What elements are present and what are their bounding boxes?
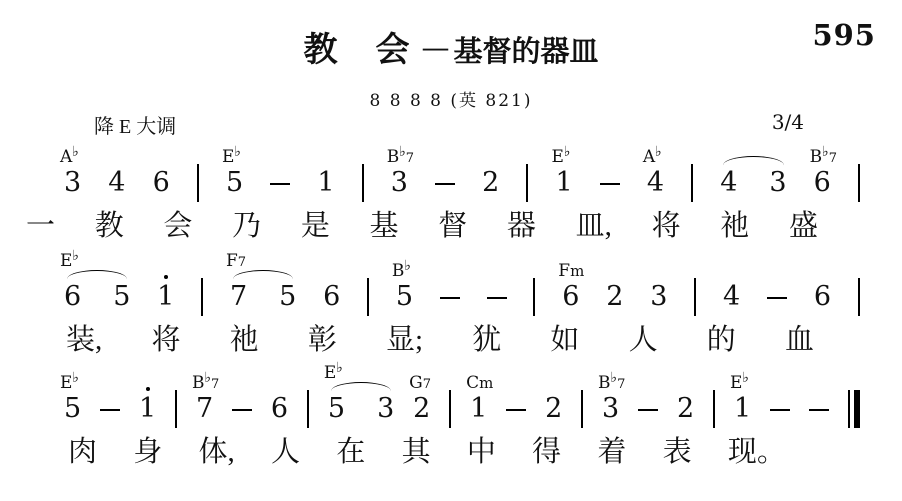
duration-dash xyxy=(506,409,526,412)
hymn-title: 教 会 xyxy=(303,30,411,70)
title-row: 教 会—基督的器皿 xyxy=(0,22,902,71)
chord-suffix: m xyxy=(479,374,493,392)
barline xyxy=(713,390,715,428)
chord-label: A♭ xyxy=(60,145,79,166)
lyric-syllable: 显; xyxy=(386,324,423,357)
flat-icon: ♭ xyxy=(655,144,662,160)
lyric-syllable: 人 xyxy=(271,436,300,469)
music-system-3: E♭51B♭776E♭53G72Cm12B♭732E♭1肉身体,人在其中得着表现… xyxy=(0,362,902,469)
hymn-sheet-page: 595 教 会—基督的器皿 8 8 8 8 (英 821) 降 E 大调 3/4… xyxy=(0,0,902,501)
note: E♭1 xyxy=(734,395,751,422)
duration-dash xyxy=(440,297,460,300)
lyric-syllable: 祂 xyxy=(720,210,749,243)
time-signature: 3/4 xyxy=(772,110,804,134)
lyric-syllable: 会 xyxy=(163,210,192,243)
note: 2 xyxy=(606,283,623,310)
note: G72 xyxy=(413,395,430,422)
lyric-syllable: 将 xyxy=(652,210,681,243)
lyric-syllable: 教 xyxy=(95,210,124,243)
chord-suffix: 7 xyxy=(211,377,219,392)
lyric-syllable: 祂 xyxy=(230,324,259,357)
lyric-syllable: 乃 xyxy=(232,210,261,243)
lyric-syllable: 身 xyxy=(133,436,162,469)
chord-suffix: 7 xyxy=(238,255,246,270)
flat-icon: ♭ xyxy=(72,144,79,160)
meter-line: 8 8 8 8 (英 821) xyxy=(0,86,902,111)
duration-dash xyxy=(232,409,252,412)
note: 5 xyxy=(279,283,296,310)
slur-arc xyxy=(233,270,293,281)
chord-suffix: 7 xyxy=(617,377,625,392)
duration-dash xyxy=(435,183,455,186)
title-dash: — xyxy=(421,31,449,64)
lyric-syllable: 人 xyxy=(629,324,658,357)
barline xyxy=(858,278,860,316)
lyric-syllable: 其 xyxy=(402,436,431,469)
note: 4 xyxy=(108,169,125,196)
note: Fm6 xyxy=(562,283,579,310)
chord-suffix: 7 xyxy=(406,151,414,166)
duration-dash xyxy=(100,409,120,412)
barline xyxy=(307,390,309,428)
chord-label: E♭ xyxy=(551,145,570,166)
lyric-syllable: 器 xyxy=(507,210,536,243)
chord-label: B♭ xyxy=(392,259,411,280)
chord-label: B♭7 xyxy=(192,371,219,392)
chord-label: E♭ xyxy=(60,371,79,392)
flat-icon: ♭ xyxy=(742,370,749,386)
music-line-3: E♭51B♭776E♭53G72Cm12B♭732E♭1 xyxy=(0,362,902,422)
note: 2 xyxy=(545,395,562,422)
duration-dash xyxy=(809,409,829,412)
duration-dash xyxy=(270,183,290,186)
lyric-syllable: 得 xyxy=(532,436,561,469)
note: E♭6 xyxy=(64,283,81,310)
note: 6 xyxy=(814,283,831,310)
chord-label: Fm xyxy=(558,263,584,280)
duration-dash xyxy=(638,409,658,412)
note: F77 xyxy=(230,283,247,310)
lyrics-line-2: 装,将祂彰显;犹如人的血 xyxy=(0,310,902,357)
barline xyxy=(367,278,369,316)
chord-label: B♭7 xyxy=(810,145,837,166)
flat-icon: ♭ xyxy=(336,360,343,376)
lyrics-line-1: 一教会乃是基督器皿,将祂盛 xyxy=(0,196,902,243)
duration-dash xyxy=(770,409,790,412)
flat-icon: ♭ xyxy=(564,144,571,160)
note: B♭73 xyxy=(602,395,619,422)
music-line-2: E♭651F7756B♭5Fm62346 xyxy=(0,250,902,310)
flat-icon: ♭ xyxy=(404,258,411,274)
lyric-syllable: 肉 xyxy=(68,436,97,469)
slur-group: 43 xyxy=(720,169,786,196)
lyric-syllable: 现。 xyxy=(728,436,786,469)
lyric-syllable: 体, xyxy=(199,436,235,469)
barline xyxy=(858,164,860,202)
note: A♭4 xyxy=(647,169,664,196)
duration-dash xyxy=(487,297,507,300)
lyric-syllable: 皿, xyxy=(576,210,612,243)
note: E♭5 xyxy=(226,169,243,196)
lyric-syllable: 督 xyxy=(438,210,467,243)
final-barline xyxy=(848,390,860,428)
note: A♭3 xyxy=(64,169,81,196)
barline xyxy=(201,278,203,316)
hymn-subtitle: 基督的器皿 xyxy=(453,36,598,68)
lyric-syllable: 的 xyxy=(707,324,736,357)
barline xyxy=(694,278,696,316)
chord-suffix: 7 xyxy=(423,377,431,392)
note: 1 xyxy=(139,395,156,422)
note: 3 xyxy=(769,169,786,196)
chord-label: E♭ xyxy=(222,145,241,166)
chord-label: Cm xyxy=(466,375,493,392)
chord-label: E♭ xyxy=(324,361,343,382)
lyric-syllable: 彰 xyxy=(308,324,337,357)
octave-dot xyxy=(146,387,150,391)
note: B♭76 xyxy=(814,169,831,196)
lyric-syllable: 如 xyxy=(550,324,579,357)
lyric-syllable: 基 xyxy=(370,210,399,243)
lyrics-line-3: 肉身体,人在其中得着表现。 xyxy=(0,422,902,469)
note: E♭5 xyxy=(64,395,81,422)
note: 2 xyxy=(482,169,499,196)
note: B♭5 xyxy=(396,283,413,310)
lyric-syllable: 一 xyxy=(26,210,55,243)
note: 2 xyxy=(677,395,694,422)
lyric-syllable: 中 xyxy=(467,436,496,469)
key-signature: 降 E 大调 xyxy=(94,110,176,139)
lyric-syllable: 将 xyxy=(151,324,180,357)
key-row: 降 E 大调 3/4 xyxy=(0,110,902,136)
slur-group: E♭65 xyxy=(64,283,130,310)
chord-label: A♭ xyxy=(643,145,662,166)
lyric-syllable: 装, xyxy=(66,324,102,357)
note: 6 xyxy=(153,169,170,196)
slur-group: F775 xyxy=(230,283,296,310)
chord-suffix: m xyxy=(570,262,584,280)
flat-icon: ♭ xyxy=(72,248,79,264)
lyric-syllable: 在 xyxy=(336,436,365,469)
barline xyxy=(175,390,177,428)
lyric-syllable: 表 xyxy=(663,436,692,469)
lyric-syllable: 是 xyxy=(301,210,330,243)
chord-label: E♭ xyxy=(60,249,79,270)
barline xyxy=(533,278,535,316)
slur-arc xyxy=(331,382,391,393)
chord-suffix: 7 xyxy=(829,151,837,166)
note: E♭1 xyxy=(555,169,572,196)
barline xyxy=(197,164,199,202)
flat-icon: ♭ xyxy=(822,144,829,160)
music-system-1: A♭346E♭51B♭732E♭1A♭443B♭76一教会乃是基督器皿,将祂盛 xyxy=(0,136,902,243)
note: E♭5 xyxy=(328,395,345,422)
barline xyxy=(449,390,451,428)
chord-label: F7 xyxy=(226,253,246,270)
lyric-syllable: 盛 xyxy=(789,210,818,243)
note: 6 xyxy=(323,283,340,310)
note: 4 xyxy=(720,169,737,196)
music-system-2: E♭651F7756B♭5Fm62346装,将祂彰显;犹如人的血 xyxy=(0,250,902,357)
final-bar-thin xyxy=(848,390,850,428)
lyric-syllable: 犹 xyxy=(472,324,501,357)
chord-label: B♭7 xyxy=(387,145,414,166)
note: 3 xyxy=(650,283,667,310)
duration-dash xyxy=(600,183,620,186)
flat-icon: ♭ xyxy=(72,370,79,386)
octave-dot xyxy=(164,275,168,279)
note: 5 xyxy=(113,283,130,310)
slur-arc xyxy=(723,156,783,167)
final-bar-thick xyxy=(854,390,860,428)
note: 4 xyxy=(723,283,740,310)
slur-group: E♭53 xyxy=(328,395,394,422)
barline xyxy=(526,164,528,202)
flat-icon: ♭ xyxy=(399,144,406,160)
chord-label: E♭ xyxy=(730,371,749,392)
duration-dash xyxy=(767,297,787,300)
lyric-syllable: 血 xyxy=(785,324,814,357)
note: 1 xyxy=(157,283,174,310)
lyric-syllable: 着 xyxy=(597,436,626,469)
note: 1 xyxy=(317,169,334,196)
slur-arc xyxy=(67,270,127,281)
chord-label: B♭7 xyxy=(598,371,625,392)
note: 6 xyxy=(271,395,288,422)
barline xyxy=(581,390,583,428)
note: B♭73 xyxy=(391,169,408,196)
note: 3 xyxy=(377,395,394,422)
barline xyxy=(691,164,693,202)
note: B♭77 xyxy=(196,395,213,422)
barline xyxy=(362,164,364,202)
note: Cm1 xyxy=(470,395,487,422)
music-line-1: A♭346E♭51B♭732E♭1A♭443B♭76 xyxy=(0,136,902,196)
flat-icon: ♭ xyxy=(234,144,241,160)
chord-label: G7 xyxy=(409,375,431,392)
